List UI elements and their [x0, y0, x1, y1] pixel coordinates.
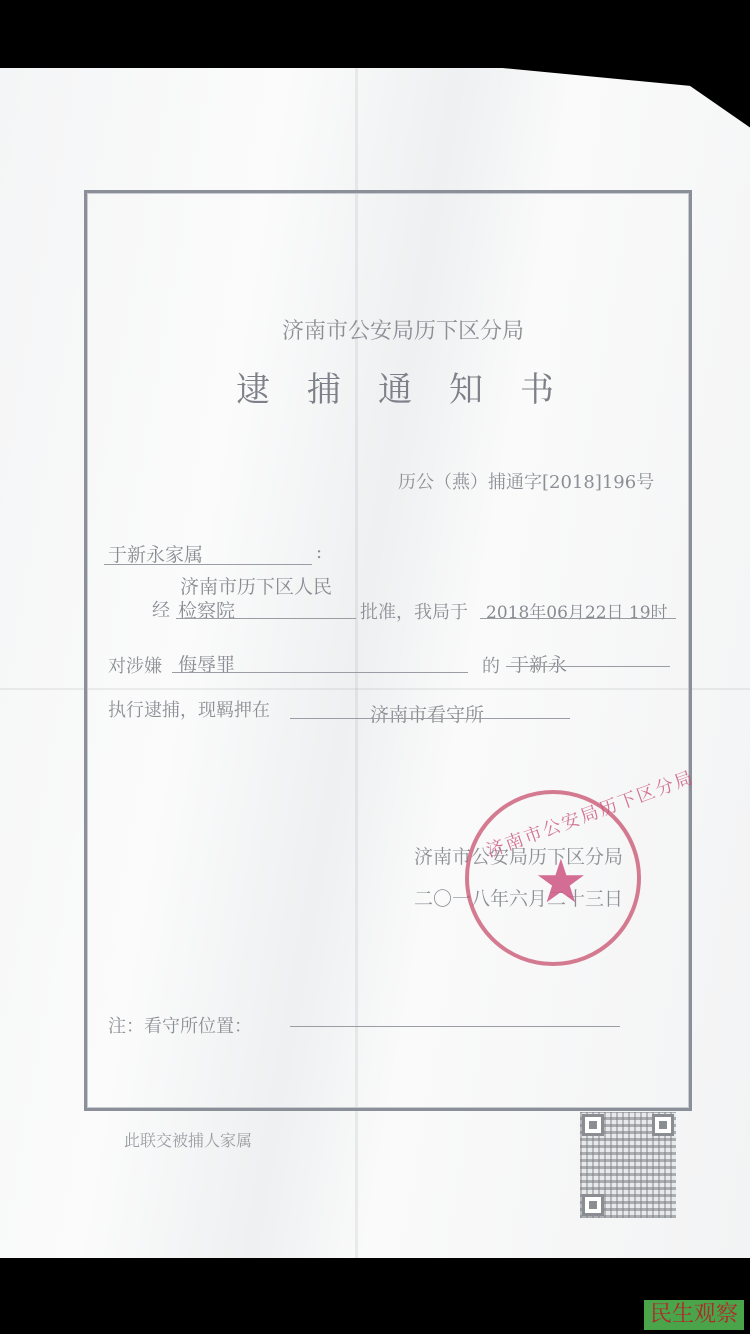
approving-body-line1: 济南市历下区人民: [180, 572, 332, 599]
suspect-underline: [506, 666, 670, 667]
watermark-badge: 民生观察: [644, 1300, 744, 1330]
approved-by-prefix: 经: [152, 596, 170, 622]
approved-text: 批准，我局于: [360, 598, 468, 624]
issuing-org: 济南市公安局历下区分局: [282, 314, 524, 345]
detention-underline: [290, 718, 570, 719]
qr-code-icon: [580, 1112, 676, 1218]
recipient-name: 于新永家属: [108, 540, 203, 567]
suspect-name: 于新永: [510, 650, 567, 677]
note-underline: [290, 1026, 620, 1027]
approving-body-underline: [176, 618, 356, 619]
detention-place: 济南市看守所: [370, 700, 484, 727]
arrest-datetime: 2018年06月22日 19时: [486, 598, 668, 623]
detention-text: 执行逮捕，现羁押在: [108, 696, 270, 722]
charge-prefix: 对涉嫌: [108, 652, 162, 678]
document-number: 历公（燕）捕通字[2018]196号: [398, 468, 654, 494]
datetime-underline: [480, 618, 676, 619]
recipient-colon: :: [316, 542, 322, 563]
copy-note: 此联交被捕人家属: [124, 1128, 252, 1151]
charge-underline: [172, 672, 468, 673]
document-title: 逮捕通知书: [236, 362, 591, 411]
of-text: 的: [482, 652, 500, 678]
seal-star-icon: ★: [534, 852, 588, 912]
recipient-underline: [104, 564, 312, 565]
note-label: 注：看守所位置：: [108, 1012, 252, 1038]
